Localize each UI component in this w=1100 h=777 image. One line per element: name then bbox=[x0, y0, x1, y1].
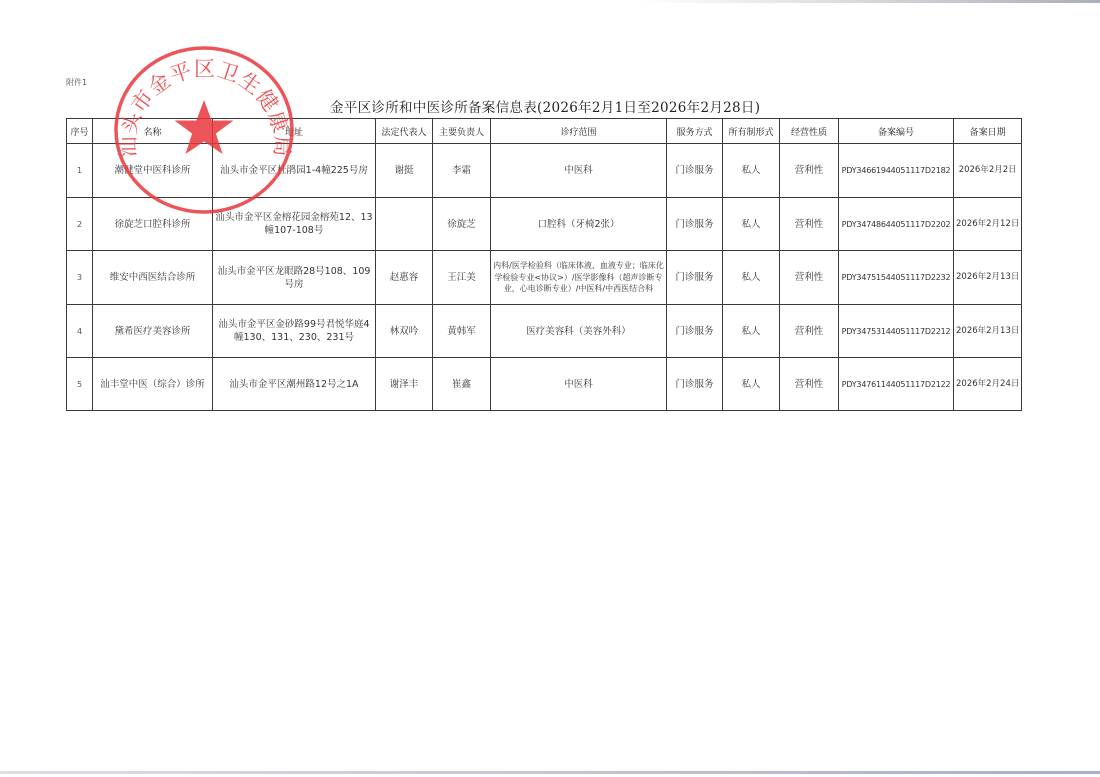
cell-scope: 口腔科（牙椅2张） bbox=[491, 198, 667, 251]
cell-scope: 中医科 bbox=[491, 358, 667, 411]
header-ownership: 所有制形式 bbox=[723, 119, 780, 144]
header-scope: 诊疗范围 bbox=[491, 119, 667, 144]
cell-index: 1 bbox=[67, 144, 93, 198]
cell-address: 汕头市金平区潮州路12号之1A bbox=[213, 358, 376, 411]
cell-principal: 徐旋芝 bbox=[433, 198, 491, 251]
cell-service: 门诊服务 bbox=[667, 144, 723, 198]
cell-name: 黛希医疗美容诊所 bbox=[93, 305, 213, 358]
scan-edge-top bbox=[640, 0, 1100, 3]
table-row: 4 黛希医疗美容诊所 汕头市金平区金砂路99号君悦华庭4幢130、131、230… bbox=[67, 305, 1022, 358]
cell-legal-rep: 谢泽丰 bbox=[376, 358, 433, 411]
cell-service: 门诊服务 bbox=[667, 305, 723, 358]
cell-record-date: 2026年2月13日 bbox=[954, 251, 1022, 305]
cell-nature: 营利性 bbox=[780, 144, 839, 198]
cell-principal: 崔鑫 bbox=[433, 358, 491, 411]
cell-record-no: PDY34761144051117D2122 bbox=[839, 358, 954, 411]
cell-legal-rep: 谢挺 bbox=[376, 144, 433, 198]
table-row: 5 汕丰堂中医（综合）诊所 汕头市金平区潮州路12号之1A 谢泽丰 崔鑫 中医科… bbox=[67, 358, 1022, 411]
cell-legal-rep: 林双吟 bbox=[376, 305, 433, 358]
cell-address: 汕头市金平区金砂路99号君悦华庭4幢130、131、230、231号 bbox=[213, 305, 376, 358]
header-nature: 经营性质 bbox=[780, 119, 839, 144]
cell-address: 汕头市金平区杜鹃园1-4幢225号房 bbox=[213, 144, 376, 198]
cell-scope: 内科/医学检验科（临床体液、血液专业；临床化学检验专业<协议>）/医学影像科（超… bbox=[491, 251, 667, 305]
cell-ownership: 私人 bbox=[723, 198, 780, 251]
table-row: 1 潮健堂中医科诊所 汕头市金平区杜鹃园1-4幢225号房 谢挺 李霜 中医科 … bbox=[67, 144, 1022, 198]
cell-legal-rep: 赵惠容 bbox=[376, 251, 433, 305]
header-service: 服务方式 bbox=[667, 119, 723, 144]
cell-record-no: PDY34753144051117D2212 bbox=[839, 305, 954, 358]
cell-principal: 李霜 bbox=[433, 144, 491, 198]
header-record-date: 备案日期 bbox=[954, 119, 1022, 144]
cell-record-date: 2026年2月2日 bbox=[954, 144, 1022, 198]
header-principal: 主要负责人 bbox=[433, 119, 491, 144]
cell-address: 汕头市金平区龙眼路28号108、109号房 bbox=[213, 251, 376, 305]
cell-record-date: 2026年2月24日 bbox=[954, 358, 1022, 411]
cell-ownership: 私人 bbox=[723, 251, 780, 305]
table-row: 3 维安中西医结合诊所 汕头市金平区龙眼路28号108、109号房 赵惠容 王江… bbox=[67, 251, 1022, 305]
header-record-no: 备案编号 bbox=[839, 119, 954, 144]
table-row: 2 徐旋芝口腔科诊所 汕头市金平区金榕花园金榕苑12、13幢107-108号 徐… bbox=[67, 198, 1022, 251]
cell-ownership: 私人 bbox=[723, 358, 780, 411]
cell-index: 5 bbox=[67, 358, 93, 411]
cell-record-date: 2026年2月12日 bbox=[954, 198, 1022, 251]
cell-record-no: PDY34748644051117D2202 bbox=[839, 198, 954, 251]
cell-legal-rep bbox=[376, 198, 433, 251]
document-title: 金平区诊所和中医诊所备案信息表(2026年2月1日至2026年2月28日) bbox=[330, 96, 760, 116]
table-header-row: 序号 名称 地址 法定代表人 主要负责人 诊疗范围 服务方式 所有制形式 经营性… bbox=[67, 119, 1022, 144]
cell-service: 门诊服务 bbox=[667, 198, 723, 251]
cell-index: 4 bbox=[67, 305, 93, 358]
cell-principal: 黄韩军 bbox=[433, 305, 491, 358]
cell-scope: 医疗美容科（美容外科） bbox=[491, 305, 667, 358]
cell-ownership: 私人 bbox=[723, 144, 780, 198]
attachment-label: 附件1 bbox=[66, 77, 87, 88]
header-address: 地址 bbox=[213, 119, 376, 144]
cell-name: 维安中西医结合诊所 bbox=[93, 251, 213, 305]
cell-name: 徐旋芝口腔科诊所 bbox=[93, 198, 213, 251]
cell-index: 2 bbox=[67, 198, 93, 251]
clinic-registry-table: 序号 名称 地址 法定代表人 主要负责人 诊疗范围 服务方式 所有制形式 经营性… bbox=[66, 118, 1022, 411]
header-legal-rep: 法定代表人 bbox=[376, 119, 433, 144]
cell-address: 汕头市金平区金榕花园金榕苑12、13幢107-108号 bbox=[213, 198, 376, 251]
cell-service: 门诊服务 bbox=[667, 358, 723, 411]
cell-nature: 营利性 bbox=[780, 305, 839, 358]
cell-nature: 营利性 bbox=[780, 251, 839, 305]
cell-index: 3 bbox=[67, 251, 93, 305]
header-index: 序号 bbox=[67, 119, 93, 144]
cell-service: 门诊服务 bbox=[667, 251, 723, 305]
cell-nature: 营利性 bbox=[780, 358, 839, 411]
scan-edge-bottom bbox=[0, 771, 1100, 774]
cell-record-no: PDY34661944051117D2182 bbox=[839, 144, 954, 198]
header-name: 名称 bbox=[93, 119, 213, 144]
cell-record-no: PDY34751544051117D2232 bbox=[839, 251, 954, 305]
cell-nature: 营利性 bbox=[780, 198, 839, 251]
cell-name: 汕丰堂中医（综合）诊所 bbox=[93, 358, 213, 411]
cell-principal: 王江美 bbox=[433, 251, 491, 305]
cell-ownership: 私人 bbox=[723, 305, 780, 358]
cell-record-date: 2026年2月13日 bbox=[954, 305, 1022, 358]
cell-name: 潮健堂中医科诊所 bbox=[93, 144, 213, 198]
cell-scope: 中医科 bbox=[491, 144, 667, 198]
